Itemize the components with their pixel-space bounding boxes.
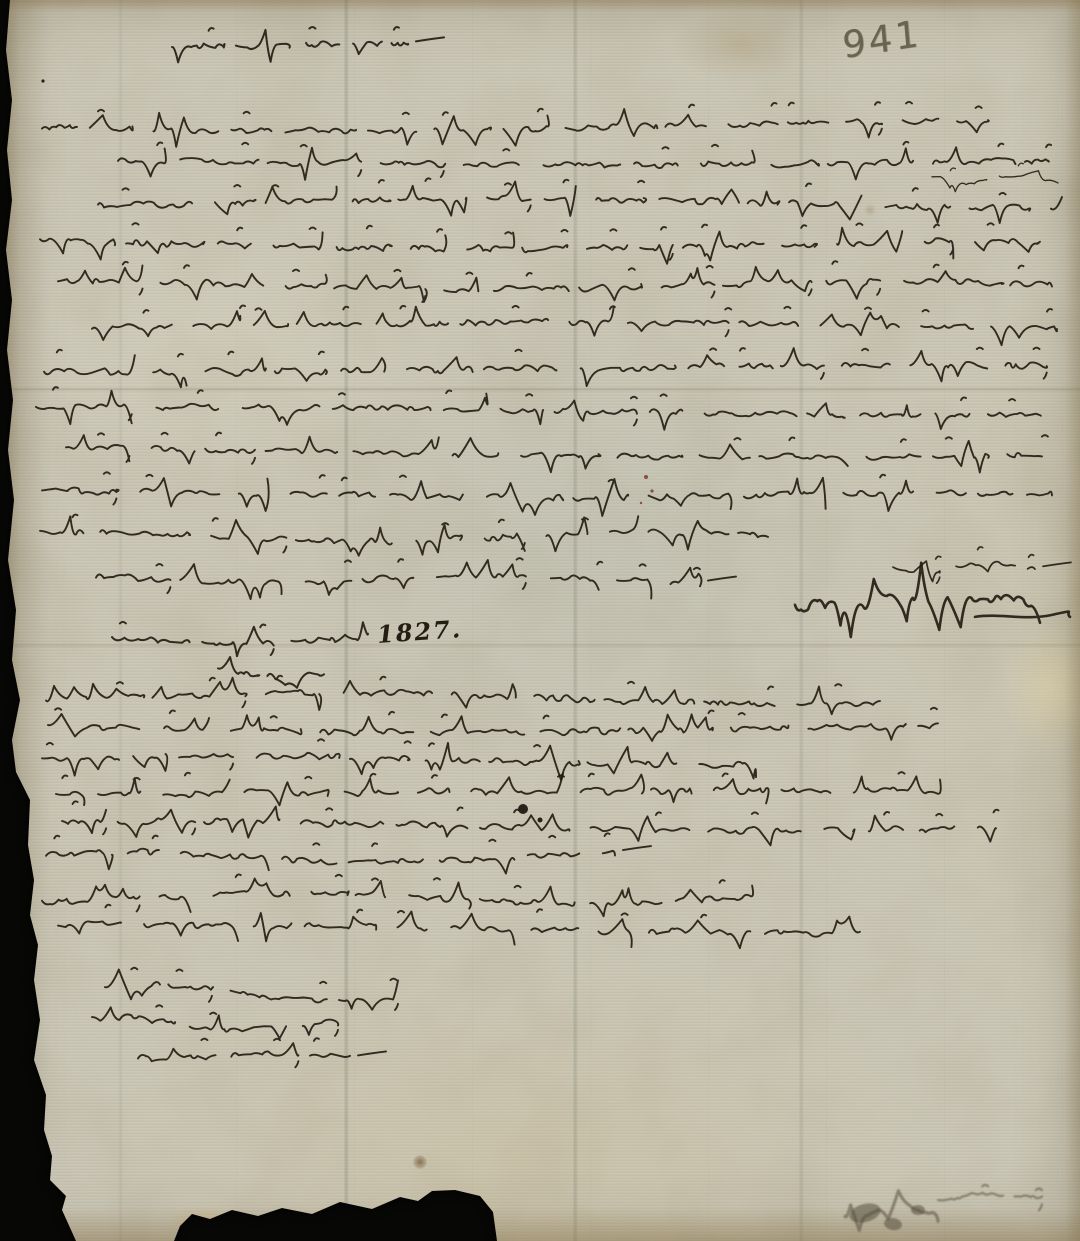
- handwritten-line-body-7: [44, 348, 1047, 388]
- scan-background: 941 1827.: [0, 0, 1080, 1241]
- handwritten-line-body-4: [40, 223, 1040, 264]
- pencil-blob-2: [883, 1217, 903, 1232]
- handwritten-line-body-12: [96, 558, 736, 599]
- handwritten-line-body-6: [92, 305, 1057, 345]
- stain-speckle-2: [650, 489, 653, 492]
- handwritten-line-postscript-8: [58, 905, 860, 948]
- pencil-pencil-smudge-2: [938, 1185, 1042, 1210]
- handwritten-line-body-11: [40, 515, 768, 556]
- handwritten-line-postscript-1: [46, 676, 880, 714]
- date-year-text: 1827.: [376, 614, 463, 649]
- handwritten-line-body-1: [42, 102, 989, 147]
- stain-speckle-1: [644, 475, 648, 479]
- handwritten-line-postscript-2: [48, 708, 938, 741]
- handwritten-line-body-2: [118, 142, 1051, 180]
- handwritten-line-farewell-2: [92, 1005, 338, 1038]
- ink-blob-1: [518, 804, 528, 814]
- handwritten-line-postscript-7: [42, 874, 753, 916]
- handwritten-line-body-3: [98, 178, 1062, 223]
- handwritten-line-interline-insert: [932, 163, 1058, 192]
- paper-wrap: 941 1827.: [0, 0, 1080, 1241]
- handwritten-line-body-9: [66, 433, 1048, 473]
- handwriting-layer: [0, 0, 1080, 1241]
- handwritten-line-body-10: [42, 472, 1052, 516]
- handwritten-line-salutation: [172, 27, 444, 62]
- ink-blob-2: [538, 818, 543, 823]
- stain-speckle-3: [640, 502, 642, 504]
- handwritten-line-farewell-1: [105, 968, 398, 1010]
- handwritten-line-date-line: [112, 622, 368, 656]
- handwritten-line-postscript-6: [46, 833, 651, 873]
- pencil-blob-3: [911, 1205, 925, 1215]
- handwritten-line-postscript-4: [56, 772, 941, 805]
- handwritten-line-postscript-5: [62, 801, 999, 845]
- handwritten-line-signature: [795, 563, 1070, 637]
- ink-blob-3: [41, 79, 44, 82]
- handwritten-line-postscript-3: [42, 739, 756, 780]
- letter-page: 941 1827.: [0, 0, 1080, 1241]
- handwritten-line-farewell-3: [138, 1038, 386, 1067]
- handwritten-line-body-8: [36, 387, 1041, 430]
- pencil-blob-1: [847, 1200, 883, 1226]
- handwritten-line-body-5: [58, 261, 1052, 302]
